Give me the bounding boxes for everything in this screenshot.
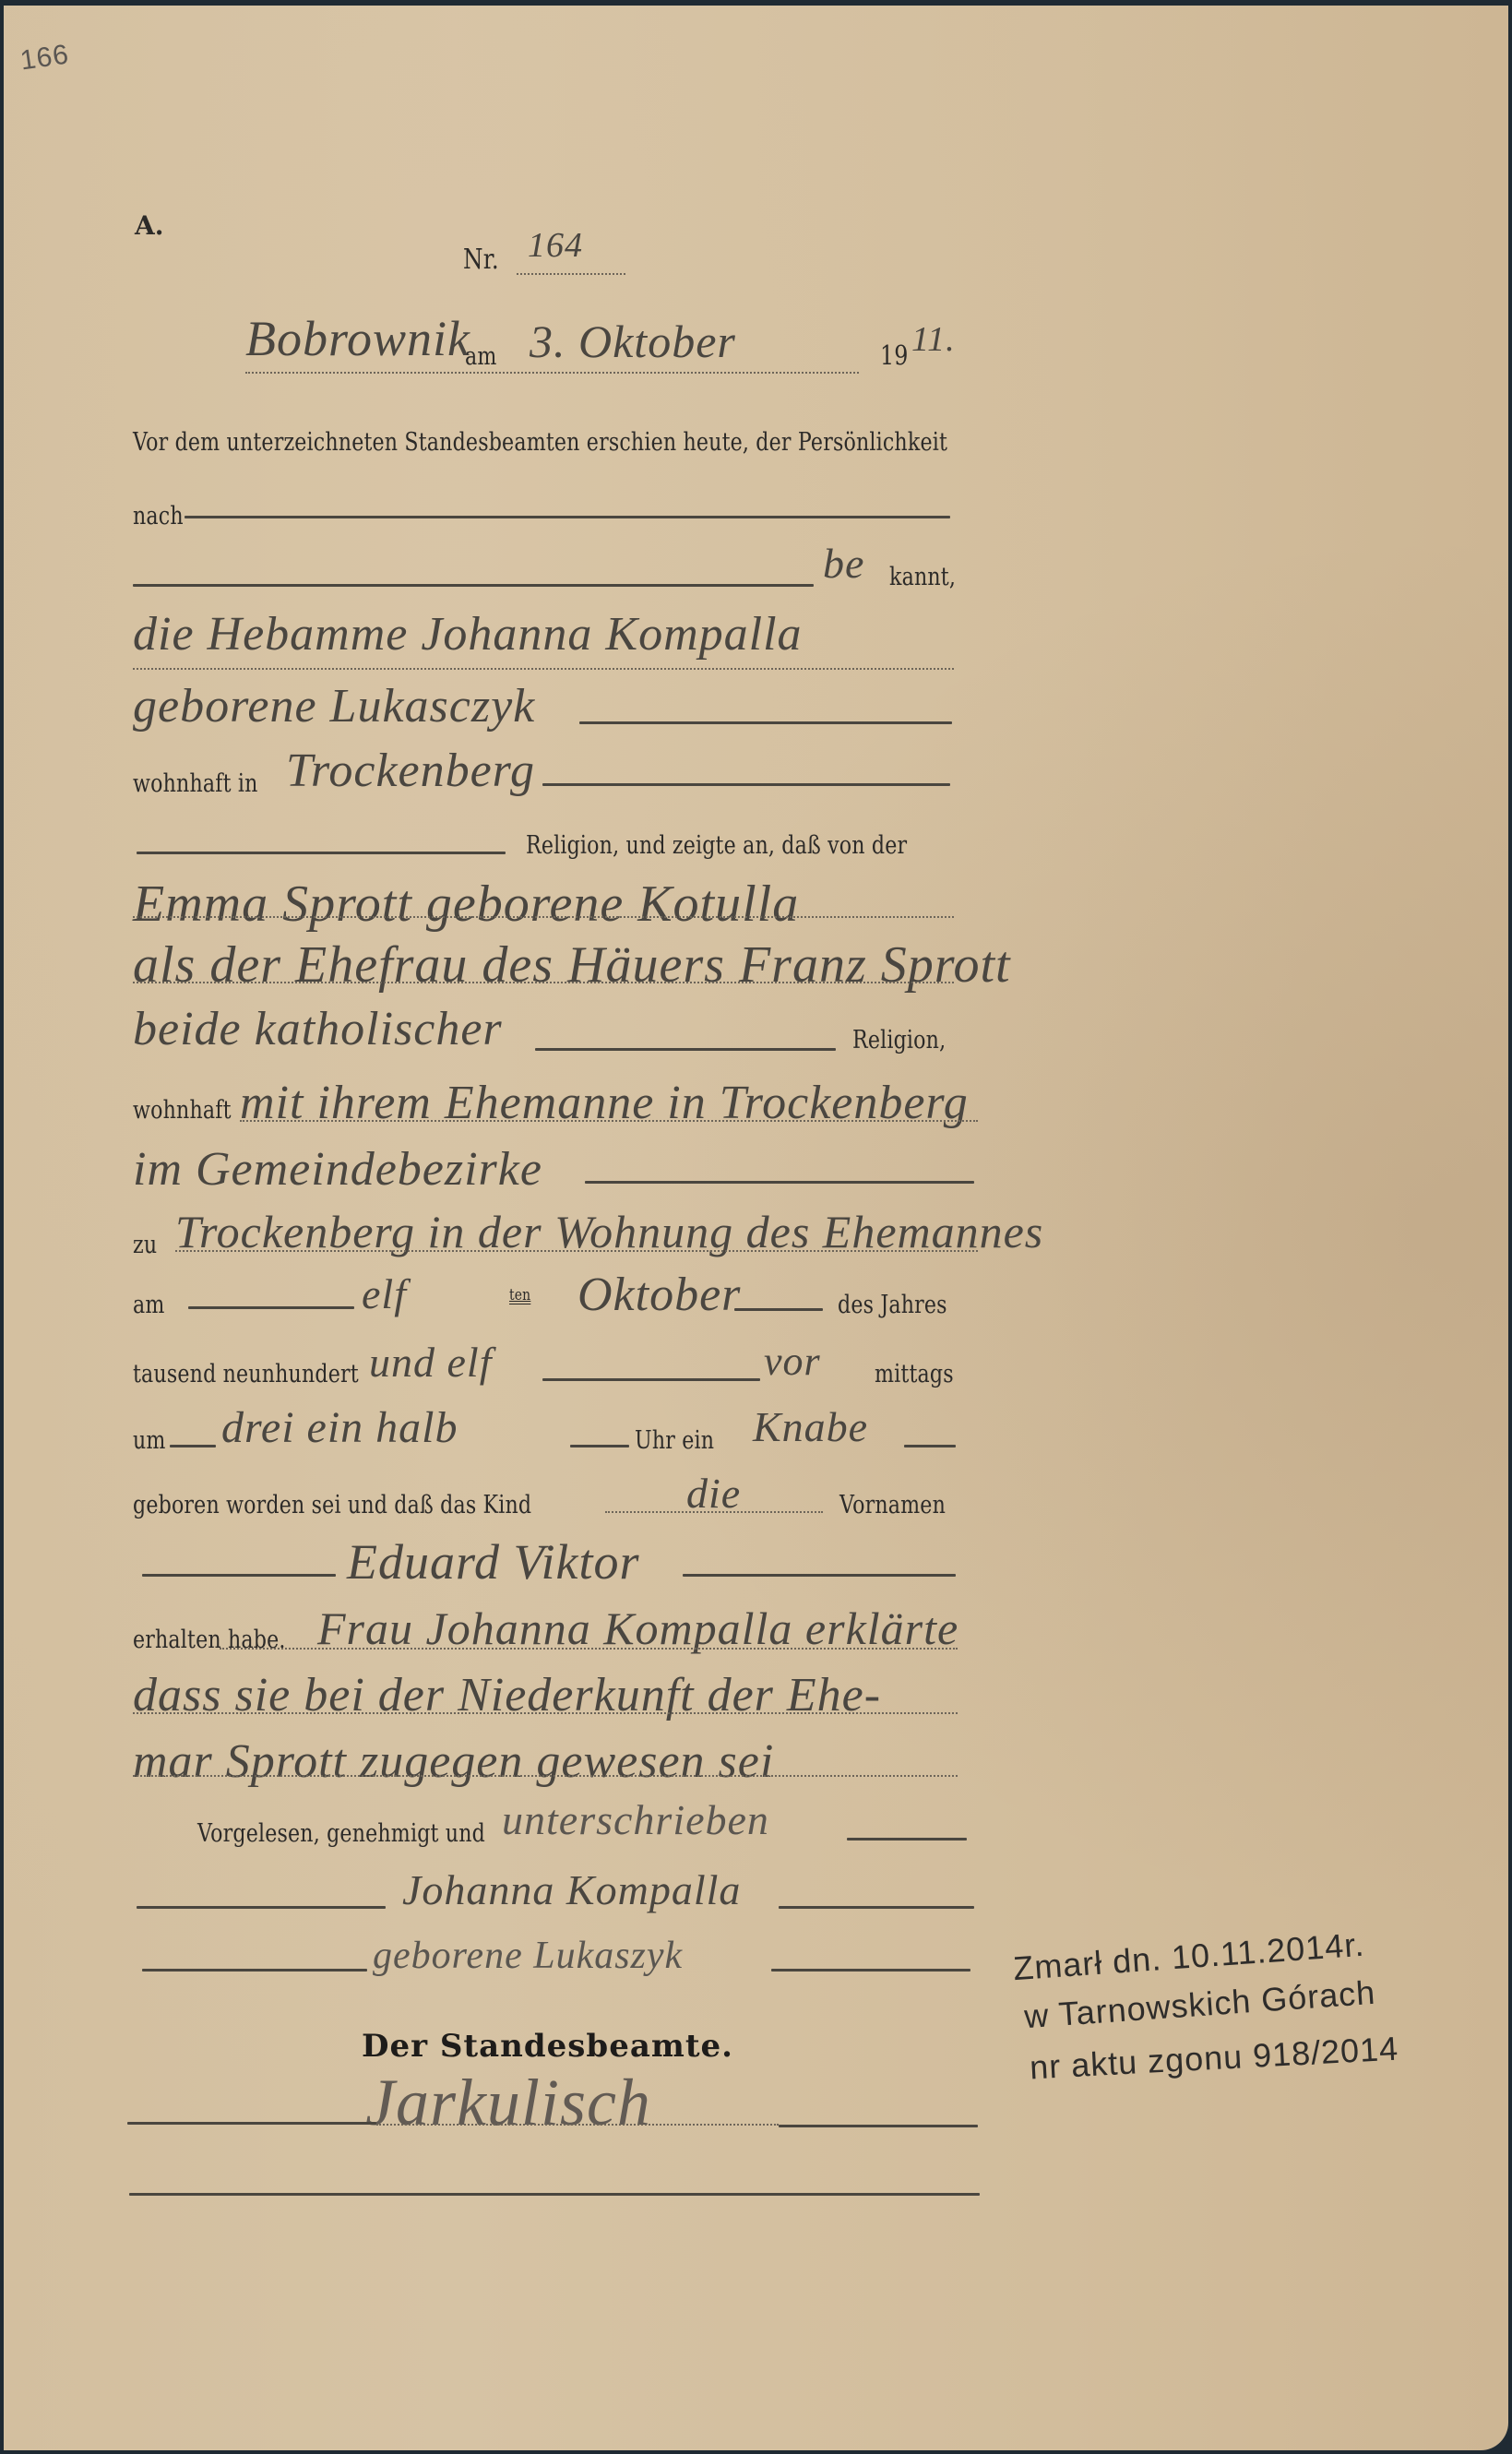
- erhalten-habe-label: erhalten habe.: [133, 1626, 286, 1654]
- date-am: am: [465, 342, 497, 371]
- tausend-label: tausend neunhundert: [133, 1360, 359, 1388]
- geboren-worden-text: geboren worden sei und daß das Kind: [133, 1491, 531, 1519]
- vorgelesen-text: Vorgelesen, genehmigt und: [197, 1819, 485, 1848]
- maiden-name-rule: [579, 721, 952, 724]
- die-dotted-line: [605, 1511, 823, 1513]
- informant-signature-maiden: geborene Lukaszyk: [373, 1934, 683, 1978]
- unterschrieben-hand: unterschrieben: [502, 1795, 769, 1844]
- religion-zeigte-text: Religion, und zeigte an, daß von der: [526, 831, 907, 860]
- signature2-rule-right: [771, 1969, 970, 1972]
- des-jahres-label: des Jahres: [838, 1291, 947, 1319]
- signature1-rule-left: [137, 1906, 386, 1909]
- am-rule: [188, 1306, 354, 1309]
- birth-day: elf: [362, 1269, 407, 1318]
- vornamen-label: Vornamen: [839, 1491, 946, 1519]
- year-rule: [542, 1378, 760, 1381]
- number-label: Nr.: [463, 244, 499, 276]
- month-rule: [734, 1308, 823, 1311]
- bottom-rule: [129, 2193, 980, 2196]
- margin-note-line-3: nr aktu zgonu 918/2014: [1029, 2030, 1399, 2088]
- nach-label: nach: [133, 502, 184, 530]
- wohnhaft-label: wohnhaft: [133, 1096, 232, 1125]
- vor-hand: vor: [764, 1338, 821, 1385]
- registrar-rule-left: [127, 2122, 376, 2125]
- uhr-ein-label: Uhr ein: [635, 1426, 714, 1455]
- birthplace-dotted-line: [175, 1250, 978, 1252]
- year-prefix: 19: [880, 340, 909, 371]
- bekannt-rule: [133, 584, 814, 587]
- mother-dotted-line-1: [133, 916, 954, 918]
- signature1-rule-right: [779, 1906, 974, 1909]
- year-suffix: 11.: [911, 319, 956, 360]
- remark-line-2: dass sie bei der Niederkunft der Ehe-: [133, 1668, 881, 1722]
- informant-name: die Hebamme Johanna Kompalla: [133, 607, 803, 661]
- remark-dotted-line-2: [133, 1712, 958, 1714]
- registrar-title: Der Standesbeamte.: [362, 2028, 733, 2065]
- am-label: am: [133, 1291, 165, 1319]
- zu-label: zu: [133, 1231, 157, 1259]
- child-sex: Knabe: [753, 1402, 868, 1451]
- bekannt-print: kannt,: [889, 563, 956, 591]
- informant-maiden-name: geborene Lukasczyk: [133, 679, 535, 733]
- remark-dotted-line-1: [220, 1648, 958, 1650]
- vorgelesen-rule: [847, 1838, 967, 1840]
- date-day-month: 3. Oktober: [530, 315, 736, 368]
- given-names-rule-right: [683, 1574, 956, 1577]
- birth-year-words: und elf: [369, 1338, 492, 1387]
- given-names-rule-left: [142, 1574, 336, 1577]
- informant-residence: Trockenberg: [286, 744, 535, 798]
- birth-month: Oktober: [577, 1268, 741, 1322]
- sex-rule: [904, 1445, 956, 1447]
- registrar-signature: Jarkulisch: [365, 2065, 651, 2141]
- signature2-rule-left: [142, 1969, 367, 1972]
- religion-rule: [137, 852, 506, 854]
- nach-rule: [185, 516, 950, 518]
- form-letter: A.: [135, 210, 163, 241]
- date-dotted-line: [245, 372, 859, 374]
- birth-time: drei ein halb: [221, 1402, 458, 1453]
- place-name: Bobrownik: [245, 310, 470, 367]
- entry-number: 164: [528, 225, 583, 266]
- informant-signature: Johanna Kompalla: [402, 1865, 741, 1914]
- um-label: um: [133, 1426, 166, 1455]
- intro-text: Vor dem unterzeichneten Standesbeamten e…: [133, 428, 947, 457]
- remark-dotted-line-3: [133, 1775, 958, 1777]
- ten-suffix: ten: [509, 1286, 530, 1304]
- um-rule: [170, 1445, 216, 1447]
- time-rule: [570, 1445, 629, 1447]
- wohnhaft-in-label: wohnhaft in: [133, 769, 258, 798]
- residence-rule: [542, 783, 950, 786]
- mother-dotted-line-2: [133, 982, 954, 983]
- remark-line-3: mar Sprott zugegen gewesen sei: [133, 1734, 774, 1789]
- mother-husband: als der Ehefrau des Häuers Franz Sprott: [133, 935, 1011, 995]
- bekannt-hand: be: [823, 539, 864, 588]
- religion2-rule: [535, 1048, 836, 1051]
- residence-dotted-line-1: [240, 1120, 978, 1122]
- informant-dotted-line: [133, 668, 954, 670]
- registrar-dotted-line: [376, 2124, 779, 2126]
- parents-religion: beide katholischer: [133, 1002, 503, 1056]
- mittags-label: mittags: [875, 1360, 954, 1388]
- registrar-rule-right: [779, 2125, 978, 2127]
- residence2-rule: [585, 1181, 974, 1184]
- number-dotted-line: [517, 273, 625, 275]
- corner-page-number: 166: [18, 39, 71, 77]
- parents-residence-2: im Gemeindebezirke: [133, 1142, 542, 1197]
- mother-name: Emma Sprott geborene Kotulla: [133, 875, 799, 934]
- given-names: Eduard Viktor: [347, 1533, 639, 1590]
- religion2-label: Religion,: [852, 1026, 946, 1054]
- parents-residence-1: mit ihrem Ehemanne in Trockenberg: [240, 1076, 969, 1130]
- document-page: 166 A. Nr. 164 Bobrownik am 3. Oktober 1…: [4, 6, 1508, 2450]
